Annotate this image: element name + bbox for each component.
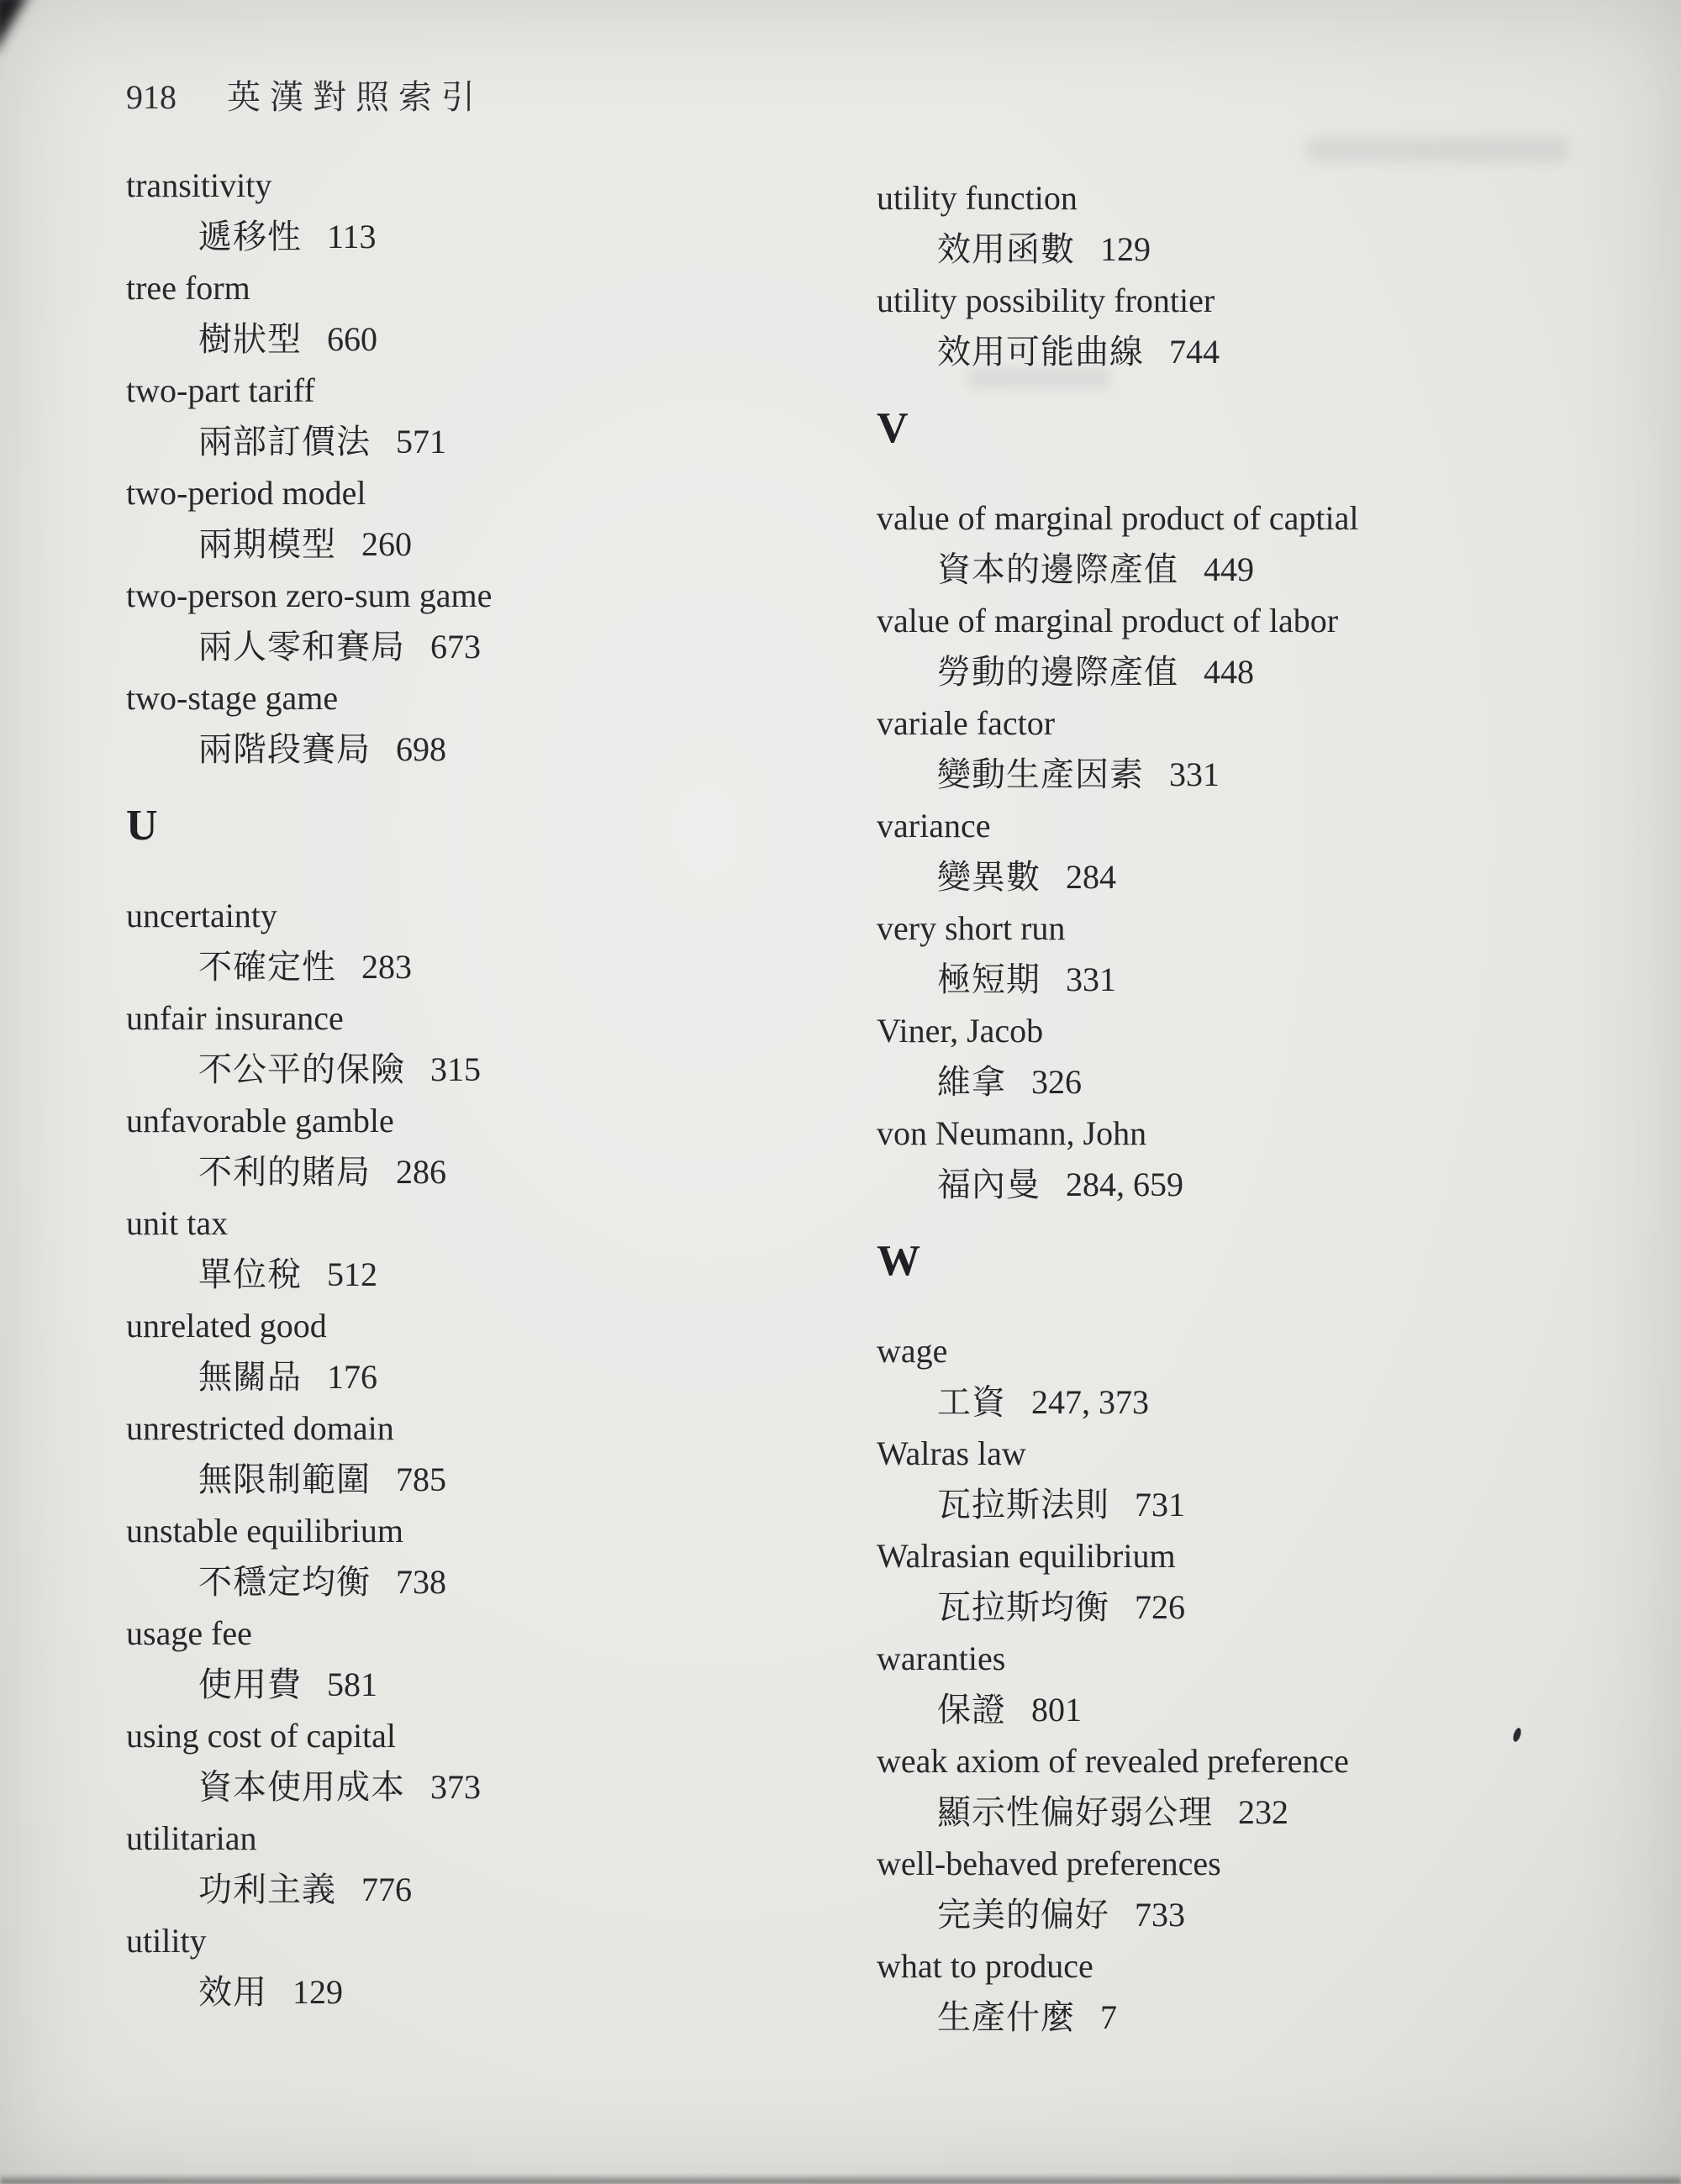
entry-term-zh: 不穩定均衡 [198,1563,371,1601]
entry-page-numbers: 571 [396,423,446,460]
entry-translation-line: 不利的賭局286 [126,1146,832,1197]
entry-page-numbers: 776 [361,1871,412,1908]
entry-term-zh: 效用可能曲線 [937,333,1144,371]
entry-term-zh: 瓦拉斯均衡 [937,1588,1109,1626]
entry-term-en: unit tax [126,1197,832,1249]
index-entry: value of marginal product of captial資本的邊… [877,492,1667,595]
index-entry: variale factor變動生產因素331 [877,697,1667,800]
index-entry: unfavorable gamble不利的賭局286 [126,1095,832,1197]
index-entry: using cost of capital資本使用成本373 [126,1710,832,1813]
index-column-left: transitivity遞移性113tree form樹狀型660two-par… [126,160,832,2018]
index-entry: utility possibility frontier效用可能曲線744 [877,275,1667,377]
entry-page-numbers: 698 [396,730,446,768]
entry-translation-line: 工資247, 373 [877,1376,1667,1428]
entry-term-zh: 極短期 [937,960,1041,998]
entry-translation-line: 極短期331 [877,954,1667,1005]
entry-term-zh: 效用函數 [937,230,1075,268]
entry-term-en: well-behaved preferences [877,1838,1667,1889]
entry-term-en: two-person zero-sum game [126,570,832,621]
index-entry: weak axiom of revealed preference顯示性偏好弱公… [877,1735,1667,1838]
entry-translation-line: 效用129 [126,1966,832,2018]
entry-term-zh: 兩期模型 [198,525,336,563]
entry-term-en: two-part tariff [126,365,832,416]
entry-term-en: weak axiom of revealed preference [877,1735,1667,1787]
entry-term-zh: 樹狀型 [198,320,302,358]
entry-term-en: utility [126,1915,832,1966]
entry-translation-line: 兩人零和賽局673 [126,621,832,672]
entry-term-zh: 資本的邊際產值 [937,550,1178,588]
entry-translation-line: 遞移性113 [126,211,832,262]
entry-term-en: unrelated good [126,1300,832,1351]
index-entry: usage fee使用費581 [126,1608,832,1710]
entry-term-zh: 完美的偏好 [937,1896,1109,1934]
entry-translation-line: 無限制範圍785 [126,1454,832,1505]
page-bottom-edge-shadow [0,2174,1681,2184]
entry-term-zh: 變動生產因素 [937,755,1144,793]
index-entry: unit tax單位稅512 [126,1197,832,1300]
entry-term-zh: 兩人零和賽局 [198,628,405,666]
entry-translation-line: 勞動的邊際產值448 [877,646,1667,697]
index-entry: utility function效用函數129 [877,172,1667,275]
entry-page-numbers: 726 [1135,1588,1185,1626]
entry-term-en: utilitarian [126,1813,832,1864]
entry-translation-line: 效用函數129 [877,224,1667,275]
index-entry: unrestricted domain無限制範圍785 [126,1402,832,1505]
entry-term-zh: 顯示性偏好弱公理 [937,1793,1213,1831]
index-entry: Walras law瓦拉斯法則731 [877,1428,1667,1530]
entry-translation-line: 瓦拉斯法則731 [877,1479,1667,1530]
entry-term-en: unrestricted domain [126,1402,832,1454]
entry-page-numbers: 232 [1238,1793,1288,1831]
entry-term-zh: 遞移性 [198,218,302,255]
index-entry: unfair insurance不公平的保險315 [126,992,832,1095]
entry-translation-line: 顯示性偏好弱公理232 [877,1787,1667,1838]
entry-translation-line: 變動生產因素331 [877,749,1667,800]
entry-page-numbers: 331 [1066,960,1116,998]
entry-term-zh: 兩部訂價法 [198,423,371,460]
entry-page-numbers: 7 [1100,1998,1117,2036]
entry-term-en: von Neumann, John [877,1108,1667,1159]
index-entry: well-behaved preferences完美的偏好733 [877,1838,1667,1940]
entry-translation-line: 不穩定均衡738 [126,1556,832,1608]
entry-page-numbers: 512 [327,1255,377,1293]
entry-page-numbers: 286 [396,1153,446,1191]
entry-page-numbers: 801 [1031,1691,1082,1729]
entry-page-numbers: 373 [430,1768,481,1806]
entry-term-zh: 生產什麼 [937,1998,1075,2036]
index-entry: tree form樹狀型660 [126,262,832,365]
entry-translation-line: 功利主義776 [126,1864,832,1915]
entry-page-numbers: 129 [1100,230,1151,268]
entry-term-en: uncertainty [126,890,832,941]
entry-translation-line: 保證801 [877,1684,1667,1735]
entry-term-zh: 使用費 [198,1666,302,1703]
index-entry: two-period model兩期模型260 [126,467,832,570]
entry-translation-line: 不確定性283 [126,941,832,992]
entry-term-zh: 無關品 [198,1358,302,1396]
entry-term-en: wage [877,1325,1667,1376]
page-bleedthrough-smudge [967,368,1109,388]
entry-translation-line: 維拿326 [877,1056,1667,1108]
entry-term-en: very short run [877,903,1667,954]
entry-translation-line: 福內曼284, 659 [877,1159,1667,1210]
entry-term-en: variance [877,800,1667,851]
entry-translation-line: 樹狀型660 [126,313,832,365]
index-entry: wage工資247, 373 [877,1325,1667,1428]
entry-translation-line: 變異數284 [877,851,1667,903]
entry-page-numbers: 247, 373 [1031,1383,1149,1421]
entry-term-en: two-stage game [126,672,832,724]
index-entry: unstable equilibrium不穩定均衡738 [126,1505,832,1608]
entry-translation-line: 使用費581 [126,1659,832,1710]
page-header: 918 英漢對照索引 [126,71,484,118]
entry-term-zh: 資本使用成本 [198,1768,405,1806]
index-entry: two-stage game兩階段賽局698 [126,672,832,775]
entry-term-zh: 無限制範圍 [198,1460,371,1498]
index-entry: Viner, Jacob維拿326 [877,1005,1667,1108]
entry-term-zh: 功利主義 [198,1871,336,1908]
entry-page-numbers: 733 [1135,1896,1185,1934]
entry-term-en: utility function [877,172,1667,224]
entry-term-en: what to produce [877,1940,1667,1992]
entry-translation-line: 生產什麼7 [877,1992,1667,2043]
page-number: 918 [126,77,177,117]
entry-term-en: variale factor [877,697,1667,749]
entry-term-en: tree form [126,262,832,313]
entry-translation-line: 資本的邊際產值449 [877,544,1667,595]
index-entry: value of marginal product of labor勞動的邊際產… [877,595,1667,697]
entry-page-numbers: 731 [1135,1486,1185,1524]
entry-term-en: waranties [877,1633,1667,1684]
index-column-right: utility function效用函數129utility possibili… [877,172,1667,2043]
page-bleedthrough-smudge [1307,137,1568,162]
entry-page-numbers: 785 [396,1460,446,1498]
entry-term-en: unstable equilibrium [126,1505,832,1556]
entry-term-en: value of marginal product of captial [877,492,1667,544]
entry-term-zh: 效用 [198,1973,267,2011]
entry-term-en: utility possibility frontier [877,275,1667,326]
entry-term-en: Walrasian equilibrium [877,1530,1667,1581]
entry-translation-line: 不公平的保險315 [126,1044,832,1095]
entry-translation-line: 瓦拉斯均衡726 [877,1581,1667,1633]
index-entry: uncertainty不確定性283 [126,890,832,992]
index-entry: Walrasian equilibrium瓦拉斯均衡726 [877,1530,1667,1633]
index-entry: utility效用129 [126,1915,832,2018]
entry-page-numbers: 284 [1066,858,1116,896]
entry-term-zh: 兩階段賽局 [198,730,371,768]
entry-term-zh: 勞動的邊際產值 [937,653,1178,691]
entry-translation-line: 兩階段賽局698 [126,724,832,775]
entry-page-numbers: 129 [292,1973,343,2011]
entry-term-zh: 福內曼 [937,1166,1041,1203]
entry-term-en: unfair insurance [126,992,832,1044]
entry-page-numbers: 660 [327,320,377,358]
entry-page-numbers: 744 [1169,333,1220,371]
book-index-page: 918 英漢對照索引 transitivity遞移性113tree form樹狀… [0,0,1681,2184]
entry-term-zh: 單位稅 [198,1255,302,1293]
entry-page-numbers: 113 [327,218,377,255]
entry-page-numbers: 176 [327,1358,377,1396]
entry-translation-line: 無關品176 [126,1351,832,1402]
index-entry: waranties保證801 [877,1633,1667,1735]
index-entry: variance變異數284 [877,800,1667,903]
entry-translation-line: 兩期模型260 [126,518,832,570]
header-title: 英漢對照索引 [227,71,484,118]
entry-page-numbers: 581 [327,1666,377,1703]
index-entry: von Neumann, John福內曼284, 659 [877,1108,1667,1210]
entry-page-numbers: 449 [1204,550,1254,588]
index-entry: transitivity遞移性113 [126,160,832,262]
entry-term-zh: 工資 [937,1383,1006,1421]
entry-page-numbers: 326 [1031,1063,1082,1101]
entry-term-en: using cost of capital [126,1710,832,1761]
index-entry: very short run極短期331 [877,903,1667,1005]
entry-term-en: unfavorable gamble [126,1095,832,1146]
entry-page-numbers: 331 [1169,755,1220,793]
entry-term-zh: 瓦拉斯法則 [937,1486,1109,1524]
entry-term-en: two-period model [126,467,832,518]
entry-term-en: transitivity [126,160,832,211]
entry-page-numbers: 284, 659 [1066,1166,1183,1203]
entry-term-zh: 保證 [937,1691,1006,1729]
index-entry: two-part tariff兩部訂價法571 [126,365,832,467]
section-letter-U: U [126,800,832,851]
entry-page-numbers: 738 [396,1563,446,1601]
entry-term-en: Viner, Jacob [877,1005,1667,1056]
entry-term-en: value of marginal product of labor [877,595,1667,646]
entry-term-zh: 維拿 [937,1063,1006,1101]
index-entry: unrelated good無關品176 [126,1300,832,1402]
entry-page-numbers: 260 [361,525,412,563]
entry-page-numbers: 283 [361,948,412,986]
entry-term-zh: 變異數 [937,858,1041,896]
entry-term-zh: 不公平的保險 [198,1050,405,1088]
photo-corner-shadow [0,0,30,57]
entry-page-numbers: 448 [1204,653,1254,691]
entry-translation-line: 單位稅512 [126,1249,832,1300]
section-letter-V: V [877,403,1667,454]
entry-page-numbers: 315 [430,1050,481,1088]
entry-translation-line: 完美的偏好733 [877,1889,1667,1940]
entry-term-en: usage fee [126,1608,832,1659]
entry-translation-line: 兩部訂價法571 [126,416,832,467]
index-entry: what to produce生產什麼7 [877,1940,1667,2043]
entry-term-zh: 不確定性 [198,948,336,986]
entry-page-numbers: 673 [430,628,481,666]
entry-translation-line: 資本使用成本373 [126,1761,832,1813]
section-letter-W: W [877,1235,1667,1287]
index-entry: utilitarian功利主義776 [126,1813,832,1915]
index-entry: two-person zero-sum game兩人零和賽局673 [126,570,832,672]
entry-term-zh: 不利的賭局 [198,1153,371,1191]
entry-term-en: Walras law [877,1428,1667,1479]
